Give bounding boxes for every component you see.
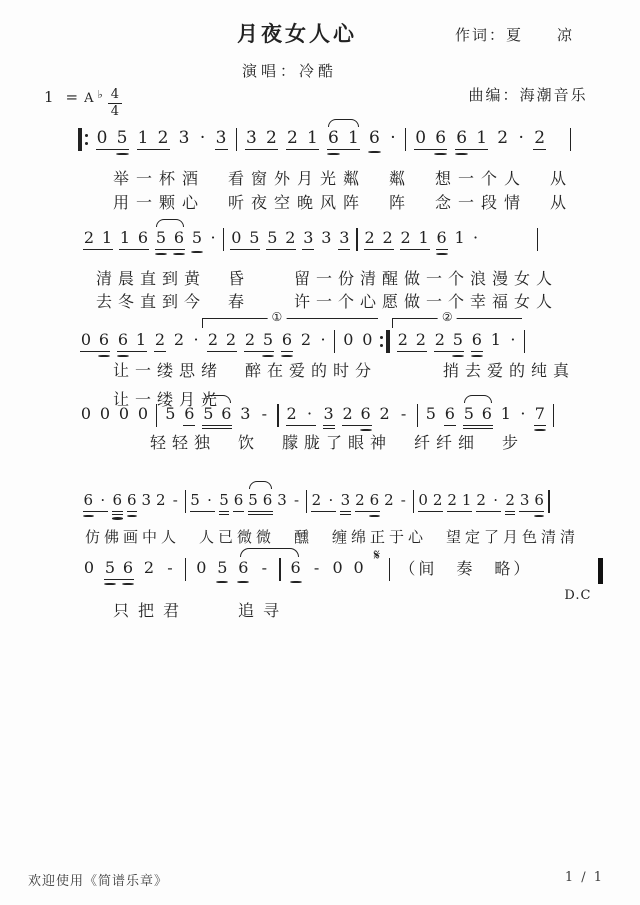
repeat-colon [380, 336, 383, 347]
note-group: 3 [338, 228, 350, 250]
note: 5 [202, 404, 214, 424]
note: 0 [118, 404, 130, 424]
note: 1 [119, 228, 131, 248]
lyric-line: 去冬直到今 春 许一个心愿做一个幸福女人 [96, 289, 558, 312]
note-row: 21 [447, 490, 472, 512]
note-row: 05 [230, 228, 260, 250]
note-group: 2 [300, 330, 312, 358]
note-group: 6 [183, 404, 195, 426]
note: 6 [444, 404, 456, 424]
key-equals: = [66, 88, 79, 106]
barline [524, 330, 525, 353]
octave-dot-cell [216, 580, 228, 584]
note-row: 2· [311, 490, 336, 512]
octave-dot-cell [534, 428, 546, 432]
low-octave-dot [452, 355, 464, 358]
note: 3 [277, 490, 288, 510]
note-group: 6 [233, 490, 244, 512]
low-octave-dot [83, 515, 94, 518]
octave-dot-row [155, 252, 185, 256]
dash-hold: - [398, 404, 410, 424]
note-row: 06 [80, 330, 110, 352]
note-group: 6 [127, 490, 138, 518]
note: 5 [262, 330, 274, 350]
note-row: 6 [233, 490, 244, 512]
low-octave-dot [98, 355, 110, 358]
octave-dot-cell [519, 514, 530, 518]
note-row: 22 [397, 330, 427, 352]
note: 0 [361, 330, 373, 350]
octave-dot-cell [455, 152, 468, 156]
note-row: 56 [104, 558, 134, 580]
barline [389, 558, 390, 581]
octave-dot-cell [237, 580, 249, 584]
note: 2 [434, 330, 446, 350]
low-octave-dot [534, 515, 545, 518]
note-row: 61 [327, 128, 360, 150]
note: 0 [418, 490, 429, 510]
note-row: 2 [505, 490, 516, 512]
note-row: 36 [519, 490, 544, 512]
note: 1 [135, 330, 147, 350]
note-row: 2 [496, 128, 509, 148]
note-row: 3 [338, 228, 350, 250]
note-row: 21 [286, 128, 319, 150]
key-signature: 1 = A ♭ 4 4 [44, 88, 122, 119]
second-beam-line [340, 514, 351, 515]
note-group: 61 [455, 128, 488, 156]
note: 6 [137, 228, 149, 248]
dash-hold: - [170, 490, 181, 510]
note: 6 [237, 558, 249, 578]
duration-dot: · [517, 128, 525, 148]
note: 6 [122, 558, 134, 578]
second-beam-line [248, 514, 273, 515]
note: 0 [80, 330, 92, 350]
volta-label: ① [267, 311, 286, 324]
octave-dot-cell [127, 514, 138, 518]
note-row: 6 [368, 128, 381, 148]
note-row: 61 [117, 330, 147, 352]
note: 3 [519, 490, 530, 510]
note: 2 [143, 558, 155, 578]
low-octave-dot [127, 515, 138, 518]
note-row: 6· [83, 490, 108, 512]
note: 2 [157, 128, 170, 148]
octave-dot-row [112, 517, 123, 521]
note-group: 1 [454, 228, 466, 248]
note-row: 2 [533, 128, 546, 150]
note: 2 [400, 228, 412, 248]
note-group: 3 [320, 228, 332, 248]
note-group: 26 [355, 490, 380, 518]
note: 2 [173, 330, 185, 350]
note: 6 [369, 490, 380, 510]
octave-dot-cell [347, 152, 360, 156]
low-octave-dot [290, 581, 302, 584]
note-row: 3 [277, 490, 288, 510]
note-group: 0 [137, 404, 149, 424]
note-group: 1 [490, 330, 502, 358]
note: 1 [475, 128, 488, 148]
barline [223, 228, 224, 251]
note-group: 61 [117, 330, 147, 358]
octave-dot-row [216, 580, 228, 584]
note: 2 [496, 128, 509, 148]
note-group: 2 [505, 490, 516, 515]
note: 1 [500, 404, 512, 424]
note: 3 [340, 490, 351, 510]
second-beam-line [505, 514, 516, 515]
lyric-line: 让一缕思绪 醉在爱的时分 捎去爱的纯真 [113, 358, 575, 381]
note: 2 [432, 490, 443, 510]
barline [306, 490, 307, 513]
spacer [541, 558, 555, 559]
note-row: 56 [248, 490, 273, 512]
repeat-dot [380, 336, 383, 339]
volta-bracket: ①222562·00 [207, 330, 373, 358]
beamed-group-tied: 61 [327, 128, 360, 156]
octave-dot-cell [80, 354, 92, 358]
note: 3 [239, 404, 251, 424]
flat-sign: ♭ [98, 88, 103, 101]
octave-dot-row [127, 514, 138, 518]
note-group: 2 [496, 128, 509, 148]
octave-dot-cell [355, 514, 366, 518]
note: 1 [461, 490, 472, 510]
arranger-name: 海潮音乐 [520, 86, 588, 104]
note: 2 [156, 490, 167, 510]
note: 2 [382, 228, 394, 248]
octave-dot-row [290, 580, 302, 584]
dash-hold: - [291, 490, 302, 510]
note: 0 [99, 404, 111, 424]
note: 6 [455, 128, 468, 148]
note-row: 5 [164, 404, 176, 424]
note-group: 2 [154, 330, 166, 352]
repeat-start-sign [78, 128, 88, 150]
note-row: 0 [361, 330, 373, 350]
note: 6 [173, 228, 185, 248]
note-group: 2 [379, 404, 391, 424]
note-group: 0 [342, 330, 354, 358]
note: 3 [178, 128, 191, 148]
note-group: 21 [83, 228, 113, 250]
octave-dot-cell [98, 354, 110, 358]
note: 6 [471, 330, 483, 350]
final-barline [598, 558, 603, 584]
note: · [98, 490, 109, 510]
note: 2 [286, 128, 299, 148]
duration-dot: · [472, 228, 480, 248]
notation-line: 6·6632-5·56563-2·3262-02212·236 [83, 490, 550, 521]
tie-across-barline: 6-6 [237, 558, 301, 584]
note-row: 21 [400, 228, 430, 250]
note: 6 [436, 228, 448, 248]
note: 5 [463, 404, 475, 424]
octave-dot-cell [369, 514, 380, 518]
note-row: 1 [454, 228, 466, 248]
note-group: 32 [245, 128, 278, 150]
octave-dot-cell [534, 514, 545, 518]
low-octave-dot [436, 253, 448, 256]
note-group: 5 [191, 228, 203, 254]
barline [185, 490, 186, 513]
note: 5 [164, 404, 176, 424]
note-group: 6 [290, 558, 302, 584]
note-group: 3 [215, 128, 228, 150]
note-row: 2 [384, 490, 395, 510]
octave-dot-cell [436, 252, 448, 256]
note: 1 [418, 228, 430, 248]
volta-bracket: ②222561· [397, 330, 517, 358]
octave-dot-cell [414, 152, 427, 156]
note-row: 21 [83, 228, 113, 250]
note-group: 2 [533, 128, 546, 150]
note-row: 5 [219, 490, 230, 512]
octave-dot-cell [112, 517, 123, 521]
time-signature: 4 4 [108, 88, 122, 119]
note-row: 0 [118, 404, 130, 424]
note-group: 0 [361, 330, 373, 358]
duration-dot: · [389, 128, 397, 148]
note-row: 6 [127, 490, 138, 512]
note: 6 [360, 404, 372, 424]
note-group: 6· [83, 490, 108, 518]
note: 3 [302, 228, 314, 248]
note-row: 0 [80, 404, 92, 424]
note: 6 [434, 128, 447, 148]
note-group: 2· [476, 490, 501, 512]
note-group: 2 [173, 330, 185, 350]
note-row: 56 [463, 404, 493, 426]
duration-dot: · [192, 330, 200, 350]
barline [277, 404, 278, 427]
note: 6 [327, 128, 340, 148]
note-group: 21 [400, 228, 430, 250]
note-group: 2 [143, 558, 155, 578]
low-octave-dot [534, 429, 546, 432]
arranger-label: 曲编： [469, 86, 520, 104]
octave-dot-row [104, 582, 134, 586]
beamed-group-tied: 56 [155, 228, 185, 256]
note-group: 6 [471, 330, 483, 358]
note-group: 2 [156, 490, 167, 510]
note-group: 3 [239, 404, 251, 424]
octave-dot-cell [434, 152, 447, 156]
octave-dot-row [96, 152, 129, 156]
note: · [204, 490, 215, 510]
segno-sign: 𝄋 [374, 548, 380, 562]
barline [185, 558, 186, 581]
note-group: 22 [397, 330, 427, 358]
octave-dot-cell [368, 150, 381, 154]
note-row: 2 [379, 404, 391, 424]
note-row: 25 [244, 330, 274, 352]
note-row: 0 [195, 558, 207, 578]
note-row: 26 [342, 404, 372, 426]
note: 0 [137, 404, 149, 424]
note: 5 [191, 228, 203, 248]
octave-dot-cell [98, 514, 109, 518]
note-group: 2· [311, 490, 336, 512]
note: 2 [284, 228, 296, 248]
note: 2 [207, 330, 219, 350]
repeat-end-sign [380, 330, 390, 352]
note-group: 6 [237, 558, 249, 584]
note-group: 56 [104, 558, 134, 586]
second-beam-line [202, 428, 232, 429]
note-group: 3 [340, 490, 351, 515]
note-group: 22 [207, 330, 237, 358]
note: 6 [233, 490, 244, 510]
note-group: 0 [99, 404, 111, 424]
barline [570, 128, 571, 151]
note-group: 0 [195, 558, 207, 578]
note: 3 [323, 404, 335, 424]
key-tonic: 1 [44, 88, 54, 106]
octave-dot-row [455, 152, 488, 156]
note-group: 5 [219, 490, 230, 515]
lyric-line: 清晨直到黄 昏 留一份清醒做一个浪漫女人 [96, 266, 558, 289]
note: 5 [452, 330, 464, 350]
note: 0 [414, 128, 427, 148]
note-group: 06 [80, 330, 110, 358]
barline [236, 128, 237, 151]
repeat-thick-bar [78, 128, 82, 151]
note-group: 6 [368, 128, 381, 154]
note-row: 2 [143, 558, 155, 578]
octave-dot-row [534, 428, 546, 432]
repeat-dot [85, 142, 88, 145]
note: 6 [183, 404, 195, 424]
note-row: 26 [355, 490, 380, 512]
note: 2 [355, 490, 366, 510]
octave-dot-row [191, 250, 203, 254]
note: 0 [332, 558, 344, 578]
octave-dot-cell [155, 252, 167, 256]
note-row: 6 [471, 330, 483, 352]
note-row: 56 [202, 404, 232, 426]
note-row: 2 [156, 490, 167, 510]
beamed-group-tied: 56 [248, 490, 273, 515]
note: 5 [190, 490, 201, 510]
note: 1 [347, 128, 360, 148]
meter-numerator: 4 [108, 88, 122, 104]
note-row: 1 [490, 330, 502, 350]
note-row: 22 [364, 228, 394, 250]
low-octave-dot [368, 151, 381, 154]
note-row: 3 [323, 404, 335, 426]
barline [156, 404, 157, 427]
note-group: 12 [137, 128, 170, 150]
note-row: 5 [425, 404, 437, 424]
note-group: 6 [281, 330, 293, 358]
octave-dot-cell [116, 152, 129, 156]
note-row: 0 [137, 404, 149, 424]
interlude-text: （间 奏 略） [399, 558, 532, 580]
note-row: 5 [216, 558, 228, 578]
note: 3 [141, 490, 152, 510]
note: 2 [83, 228, 95, 248]
lyric-line: 轻轻独 饮 朦胧了眼神 纤纤细 步 [150, 430, 524, 453]
note-group: 52 [266, 228, 296, 250]
note-row: 32 [245, 128, 278, 150]
note-row: 6 [281, 330, 293, 352]
note-group: 7 [534, 404, 546, 432]
note-row: 05 [96, 128, 129, 150]
note-row: 2· [286, 404, 316, 426]
note-group: 26 [342, 404, 372, 432]
duration-dot: · [209, 228, 217, 248]
note: 0 [353, 558, 365, 578]
second-beam-line [323, 428, 335, 429]
note: 5 [248, 228, 260, 248]
barline [537, 228, 538, 251]
octave-dot-cell [191, 250, 203, 254]
dash-hold: - [311, 558, 323, 578]
spacer [486, 228, 531, 229]
note: 2 [476, 490, 487, 510]
note-group: 5 [164, 404, 176, 424]
duration-dot: · [509, 330, 517, 358]
note-group: 6 [444, 404, 456, 426]
note: 0 [342, 330, 354, 350]
octave-dot-row [436, 252, 448, 256]
note-group: 3 [277, 490, 288, 510]
note-group: 1 [500, 404, 512, 424]
lyric-line: 仿佛画中人 人已微微 醺 缠绵正于心 望定了月色清清 [85, 526, 579, 547]
low-octave-dot [112, 517, 123, 520]
barline [356, 228, 357, 251]
note: 2 [397, 330, 409, 350]
low-octave-dot [122, 583, 134, 586]
note: · [326, 490, 337, 510]
note-row: 6 [112, 490, 123, 512]
note-group: 36 [519, 490, 544, 518]
note-row: 56 [155, 228, 185, 250]
note: 2 [300, 330, 312, 350]
note: 6 [262, 490, 273, 510]
note: 2 [533, 128, 546, 148]
duration-dot: · [199, 128, 207, 148]
note: 2 [505, 490, 516, 510]
low-octave-dot [173, 253, 185, 256]
note: 7 [534, 404, 546, 424]
note: 5 [219, 490, 230, 510]
note-row: 6 [183, 404, 195, 426]
page-number: 1 / 1 [565, 870, 604, 885]
notation-line: 05123·33221616·06612·2 [78, 128, 571, 156]
note-group: 25 [434, 330, 464, 358]
note-group: 0 [332, 558, 344, 578]
lyricist-name: 夏 凉 [506, 26, 574, 44]
note: 2 [379, 404, 391, 424]
note-group: 02 [418, 490, 443, 512]
note-row: 6 [237, 558, 249, 578]
note: 2 [384, 490, 395, 510]
low-octave-dot [216, 581, 228, 584]
note-group: 3 [178, 128, 191, 148]
note-row: 0 [99, 404, 111, 424]
note-row: 2 [173, 330, 185, 350]
note: 6 [112, 490, 123, 510]
note: 5 [266, 228, 278, 248]
note-row: 0 [353, 558, 365, 578]
octave-dot-row [83, 514, 108, 518]
note: 6 [534, 490, 545, 510]
octave-dot-cell [96, 152, 109, 156]
